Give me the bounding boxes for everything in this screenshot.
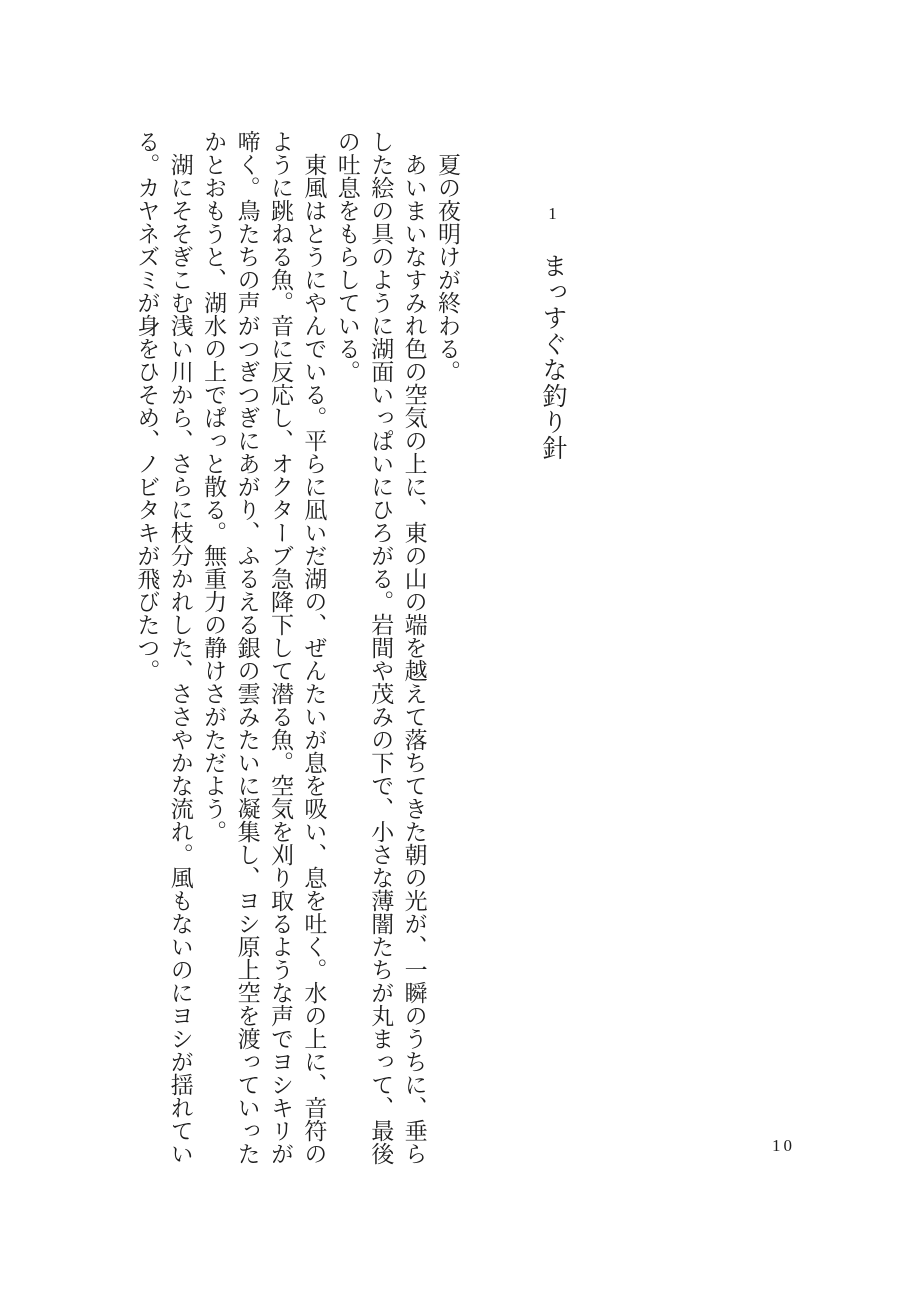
body-paragraph: 東風はとうにやんでいる。平らに凪いだ湖の、ぜんたいが息を吸い、息を吐く。水の上に… [197,130,331,1170]
body-paragraph: 夏の夜明けが終わる。 [431,130,464,1170]
page-number: 10 [772,1136,795,1156]
vertical-text-block: 1まっすぐな釣り針 夏の夜明けが終わる。 あいまいなすみれ色の空気の上に、東の山… [130,130,570,1170]
chapter-title: まっすぐな釣り針 [539,253,566,461]
chapter-heading: 1まっすぐな釣り針 [534,130,570,1170]
body-paragraph: 湖にそそぎこむ浅い川から、さらに枝分かれした、ささやかな流れ。風もないのにヨシが… [130,130,197,1170]
body-paragraph: あいまいなすみれ色の空気の上に、東の山の端を越えて落ちてきた朝の光が、一瞬のうち… [330,130,430,1170]
chapter-number: 1 [534,204,570,223]
book-page: 1まっすぐな釣り針 夏の夜明けが終わる。 あいまいなすみれ色の空気の上に、東の山… [0,0,900,1302]
